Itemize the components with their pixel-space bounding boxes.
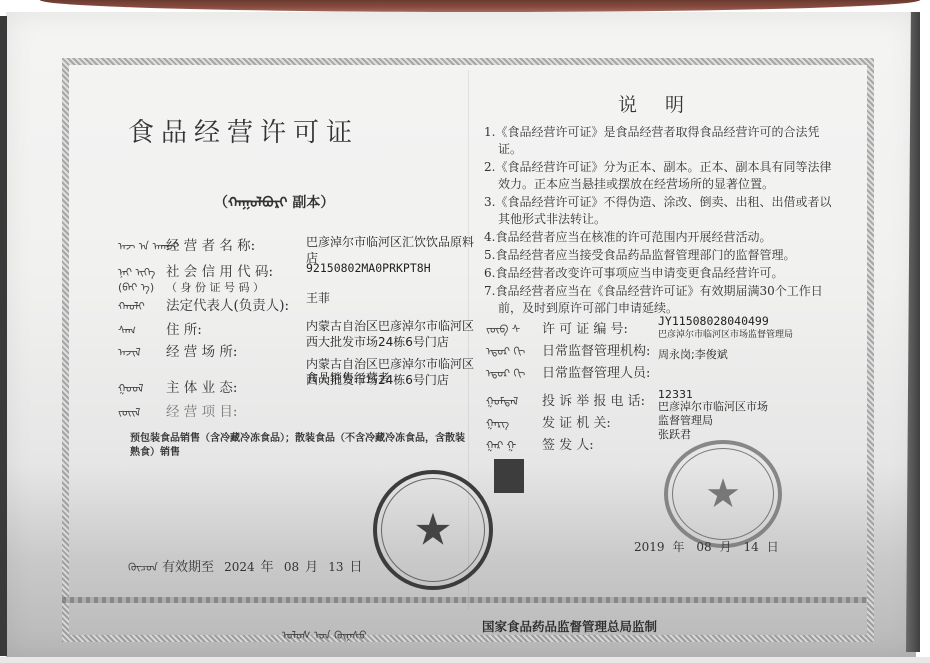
- mongolian-label: ᠰᠠᠭ: [118, 319, 166, 338]
- license-title: 食品经营许可证: [128, 112, 388, 149]
- issuance-fields: ᠵᠥᠪ ᠰ许 可 证 编 号: JY11508028040499 巴彦淖尔市临河…: [486, 318, 846, 456]
- field-label: 许 可 证 编 号:: [542, 322, 628, 337]
- field-label: 经 营 项 目:: [166, 404, 237, 420]
- mongolian-label: (ᠪᠡᠶ ᠡ): [118, 276, 166, 295]
- validity-year: 2024: [224, 560, 255, 574]
- issue-month: 08: [696, 540, 711, 554]
- authority-value: 巴彦淖尔市临河区市场监督管理局: [658, 400, 778, 428]
- field-label: 日常监督管理机构:: [542, 344, 650, 359]
- notes-title: 说明: [618, 90, 712, 117]
- image-bottom-margin: [0, 657, 930, 663]
- mongolian-label: ᠭᠠᠷᠭ: [486, 412, 542, 431]
- supervision-imprint: 国家食品药品监督管理总局监制: [482, 617, 657, 635]
- business-scope-value: 预包装食品销售（含冷藏冷冻食品）；散装食品（不含冷藏冷冻食品，含散装熟食）销售: [130, 432, 470, 460]
- field-label: 日常监督管理人员:: [542, 366, 650, 381]
- field-label: 签 发 人:: [542, 438, 594, 453]
- license-fields: ᠠᠵ ᠠ ᠠᠬᠤᠢ经 营 者 名 称: 巴彦淖尔市临河区汇饮饮品原料店 ᠨᠡᠢ …: [118, 234, 478, 422]
- authority-seal: ★: [664, 440, 782, 548]
- validity-label: 有效期至: [162, 560, 214, 575]
- mongolian-label: ᠠᠵ ᠠ ᠠᠬᠤᠢ: [118, 235, 166, 254]
- validity-date: ᠬᠦᠴᠦᠨ 有效期至 2024年 08月 13日: [128, 556, 363, 575]
- notes-list: 1.《食品经营许可证》是食品经营者取得食品经营许可的合法凭证。 2.《食品经营许…: [484, 124, 832, 318]
- decorative-bottom-border: [62, 597, 867, 603]
- note-item: 5.食品经营者应当接受食品药品监督管理部门的监督管理。: [484, 247, 832, 264]
- star-icon: ★: [413, 505, 452, 556]
- field-value: 食品销售经营者: [306, 370, 482, 386]
- field-label: 法定代表人(负责人):: [166, 298, 289, 314]
- field-label: 主 体 业 态:: [166, 380, 237, 396]
- field-label: 住 所:: [166, 322, 202, 338]
- note-item: 6.食品经营者改变许可事项应当申请变更食品经营许可。: [484, 265, 832, 282]
- field-label: 经 营 者 名 称:: [166, 238, 255, 254]
- validity-day: 13: [328, 560, 343, 574]
- day-unit: 日: [767, 540, 779, 554]
- field-value: 王菲: [306, 290, 482, 306]
- field-license-number: ᠵᠥᠪ ᠰ许 可 证 编 号: JY11508028040499 巴彦淖尔市临河…: [486, 318, 846, 340]
- qr-code: [494, 459, 524, 493]
- note-item: 7.食品经营者应当在《食品经营许可证》有效期届满30个工作日前，及时到原许可部门…: [484, 283, 832, 317]
- field-label: （ 身 份 证 号 码 ）: [166, 281, 264, 294]
- issue-day: 14: [744, 540, 759, 554]
- field-issuer: ᠭᠠᠷ ᠭ签 发 人: 张跃君: [486, 434, 846, 456]
- year-unit: 年: [673, 540, 685, 554]
- mongolian-footer: ᠤᠯᠤᠰ ᠤᠨ ᠬᠦᠨᠡᠰᠦ: [282, 624, 367, 643]
- issuer-value: 张跃君: [658, 428, 848, 442]
- mongolian-label: ᠬᠦᠴᠦᠨ: [128, 561, 158, 574]
- mongolian-label: ᠵᠦᠢᠯ: [118, 401, 166, 420]
- mongolian-label: ᠭᠣᠮᠳᠠᠯ: [486, 390, 542, 409]
- mongolian-label: ᠵᠥᠪ ᠰ: [486, 318, 542, 337]
- note-item: 3.《食品经营许可证》不得伪造、涂改、倒卖、出租、出借或者以其他形式非法转让。: [484, 194, 832, 228]
- field-value: 92150802MA0PRKPT8H: [306, 260, 482, 276]
- field-supervision-staff: ᠡᠳᠦᠷ ᠬᠢ日常监督管理人员:: [486, 362, 846, 384]
- month-unit: 月: [305, 560, 318, 575]
- mongolian-label: ᠬᠠᠤᠯᠢ: [118, 295, 166, 314]
- month-unit: 月: [720, 540, 732, 554]
- field-residence: ᠰᠠᠭ住 所: 内蒙古自治区巴彦淖尔市临河区西大批发市场24栋6号门店: [118, 318, 478, 340]
- field-business-name: ᠠᠵ ᠠ ᠠᠬᠤᠢ经 营 者 名 称: 巴彦淖尔市临河区汇饮饮品原料店: [118, 234, 478, 260]
- day-unit: 日: [350, 560, 363, 575]
- field-label: 投 诉 举 报 电 话:: [542, 394, 645, 409]
- year-unit: 年: [261, 560, 274, 575]
- field-supervision-agency: ᠡᠳᠦᠷ ᠬᠢ日常监督管理机构: 周永岗;李俊斌: [486, 340, 846, 362]
- mongolian-label: ᠡᠳᠦᠷ ᠬᠢ: [486, 362, 542, 381]
- issue-year: 2019: [634, 540, 665, 554]
- sheet-left-edge: [0, 16, 7, 656]
- copy-type-label: （ᠬᠠᠭᠤᠯᠪᠤᠷᠢ 副本）: [214, 188, 334, 212]
- validity-month: 08: [284, 560, 299, 574]
- mongolian-label: ᠡᠳᠦᠷ ᠬᠢ: [486, 340, 542, 359]
- field-business-type: ᠭᠣᠤᠯ主 体 业 态: 食品销售经营者: [118, 376, 478, 400]
- note-item: 4.食品经营者应当在核准的许可范围内开展经营活动。: [484, 229, 832, 246]
- field-label: 发 证 机 关:: [542, 416, 611, 431]
- supervisors-value: 周永岗;李俊斌: [658, 348, 848, 362]
- mongolian-label: ᠭᠠᠷ ᠭ: [486, 434, 542, 453]
- photo-background-top: [40, 0, 920, 12]
- field-legal-rep: ᠬᠠᠤᠯᠢ法定代表人(负责人): 王菲: [118, 294, 478, 318]
- mongolian-label: ᠭᠣᠤᠯ: [118, 377, 166, 396]
- issue-date: 2019年 08月 14日: [634, 538, 787, 555]
- license-number-value: JY11508028040499: [658, 314, 848, 328]
- business-seal: ★: [373, 470, 493, 590]
- mongolian-label: ᠠᠵᠢᠯ: [118, 341, 166, 360]
- star-icon: ★: [705, 471, 741, 517]
- note-item: 1.《食品经营许可证》是食品经营者取得食品经营许可的合法凭证。: [484, 124, 832, 158]
- field-label: 经 营 场 所:: [166, 344, 237, 360]
- note-item: 2.《食品经营许可证》分为正本、副本。正本、副本具有同等法律效力。正本应当悬挂或…: [484, 159, 832, 193]
- field-credit-code: ᠨᠡᠢ ᠢᠭᠡ社 会 信 用 代 码: 92150802MA0PRKPT8H: [118, 260, 478, 276]
- field-business-items: ᠵᠦᠢᠯ经 营 项 目:: [118, 400, 478, 422]
